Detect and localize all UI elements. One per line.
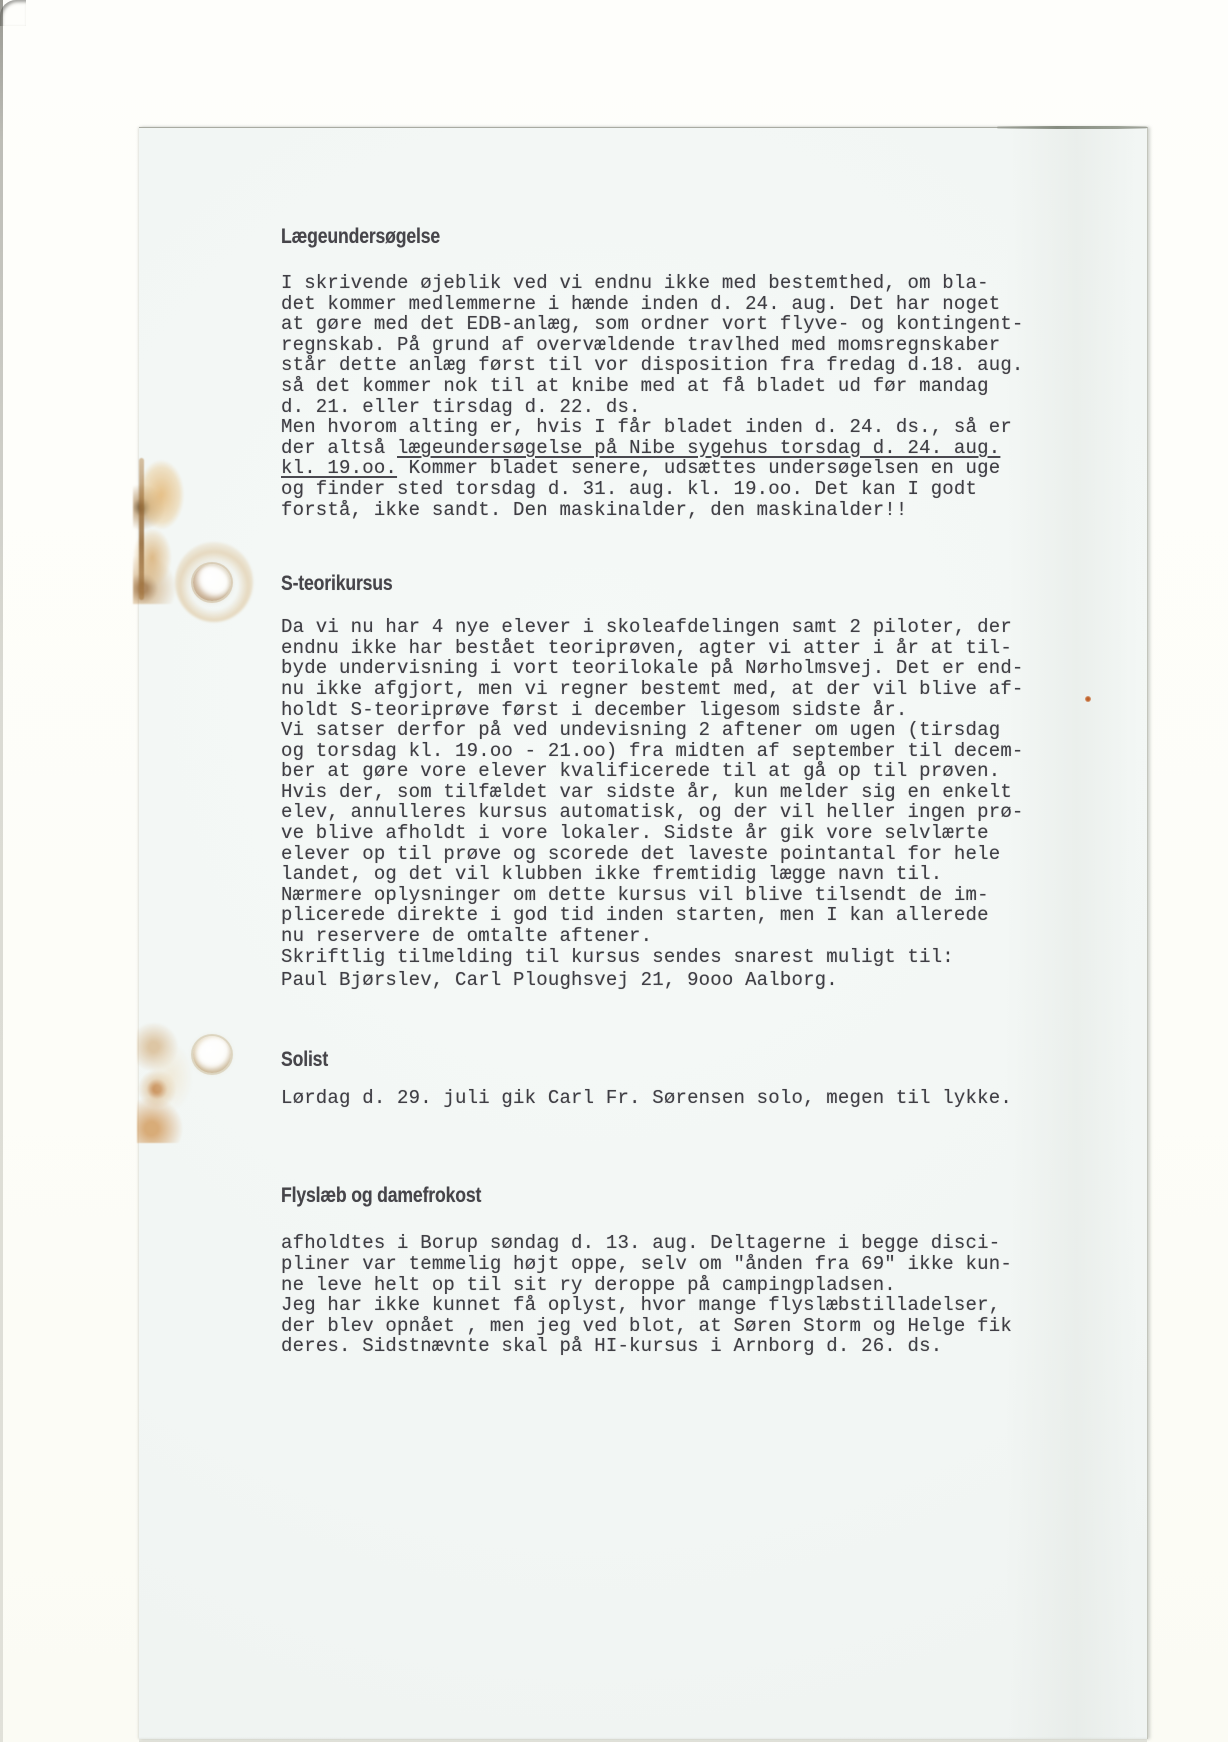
heading-s-teorikursus: S-teorikursus xyxy=(281,573,945,595)
paper-sheet: LægeundersøgelseI skrivende øjeblik ved … xyxy=(139,127,1148,1739)
text-line: Lørdag d. 29. juli gik Carl Fr. Sørensen… xyxy=(281,1088,1071,1109)
text-segment: elev, annulleres kursus automatisk, og d… xyxy=(281,801,1024,823)
text-line: deres. Sidstnævnte skal på HI-kursus i A… xyxy=(281,1336,1071,1357)
text-line: endnu ikke har bestået teoriprøven, agte… xyxy=(281,638,1071,659)
text-line: kl. 19.oo. Kommer bladet senere, udsætte… xyxy=(281,458,1071,479)
text-line: Men hvorom alting er, hvis I får bladet … xyxy=(281,417,1071,438)
text-line: så det kommer nok til at knibe med at få… xyxy=(281,376,1071,397)
rust-stain-small xyxy=(137,1023,193,1143)
text-line: elever op til prøve og scorede det laves… xyxy=(281,844,1071,865)
rust-stain-edge xyxy=(139,458,144,600)
text-segment: Da vi nu har 4 nye elever i skoleafdelin… xyxy=(281,616,1012,638)
text-segment: landet, og det vil klubben ikke fremtidi… xyxy=(281,863,942,885)
text-segment: Skriftlig tilmelding til kursus sendes s… xyxy=(281,946,954,968)
text-line: det kommer medlemmerne i hænde inden d. … xyxy=(281,294,1071,315)
text-segment: Paul Bjørslev, Carl Ploughsvej 21, 9ooo … xyxy=(281,969,838,991)
text-segment: ber at gøre vore elever kvalificerede ti… xyxy=(281,760,1000,782)
text-line: byde undervisning i vort teorilokale på … xyxy=(281,658,1071,679)
text-segment: ve blive afholdt i vore lokaler. Sidste … xyxy=(281,822,989,844)
text-segment: der blev opnået , men jeg ved blot, at S… xyxy=(281,1315,1012,1337)
text-segment: pliner var temmelig højt oppe, selv om "… xyxy=(281,1253,1012,1275)
text-line: Hvis der, som tilfældet var sidste år, k… xyxy=(281,782,1071,803)
text-line: der blev opnået , men jeg ved blot, at S… xyxy=(281,1316,1071,1337)
underlined-text: kl. 19.oo. xyxy=(281,457,397,479)
text-line: plicerede direkte i god tid inden starte… xyxy=(281,905,1071,926)
text-line: afholdtes i Borup søndag d. 13. aug. Del… xyxy=(281,1233,1071,1254)
text-segment: I skrivende øjeblik ved vi endnu ikke me… xyxy=(281,272,989,294)
text-segment: og torsdag kl. 19.oo - 21.oo) fra midten… xyxy=(281,740,1024,762)
text-segment: at gøre med det EDB-anlæg, som ordner vo… xyxy=(281,313,1024,335)
text-line: Paul Bjørslev, Carl Ploughsvej 21, 9ooo … xyxy=(281,970,1071,991)
text-segment: nu reservere de omtalte aftener. xyxy=(281,925,652,947)
text-segment: og finder sted torsdag d. 31. aug. kl. 1… xyxy=(281,478,977,500)
text-segment: Nærmere oplysninger om dette kursus vil … xyxy=(281,884,989,906)
text-segment: Men hvorom alting er, hvis I får bladet … xyxy=(281,416,1012,438)
orange-speck xyxy=(1085,696,1091,702)
text-segment: Lørdag d. 29. juli gik Carl Fr. Sørensen… xyxy=(281,1087,1012,1109)
text-line: ve blive afholdt i vore lokaler. Sidste … xyxy=(281,823,1071,844)
text-segment: afholdtes i Borup søndag d. 13. aug. Del… xyxy=(281,1232,1000,1254)
text-segment: forstå, ikke sandt. Den maskinalder, den… xyxy=(281,499,908,521)
heading-flyslaeb-og-damefrokost: Flyslæb og damefrokost xyxy=(281,1185,945,1207)
text-segment: deres. Sidstnævnte skal på HI-kursus i A… xyxy=(281,1335,942,1357)
text-segment: holdt S-teoriprøve først i december lige… xyxy=(281,699,908,721)
text-line: står dette anlæg først til vor dispositi… xyxy=(281,355,1071,376)
underlined-text: lægeundersøgelse på Nibe sygehus torsdag… xyxy=(397,437,1000,459)
text-segment: der altså xyxy=(281,437,397,459)
scanned-page: LægeundersøgelseI skrivende øjeblik ved … xyxy=(0,0,1228,1742)
text-line: forstå, ikke sandt. Den maskinalder, den… xyxy=(281,500,1071,521)
text-line: ber at gøre vore elever kvalificerede ti… xyxy=(281,761,1071,782)
paragraph: Paul Bjørslev, Carl Ploughsvej 21, 9ooo … xyxy=(281,970,1071,991)
text-line: ne leve helt op til sit ry deroppe på ca… xyxy=(281,1275,1071,1296)
section-laegeundersoegelse: LægeundersøgelseI skrivende øjeblik ved … xyxy=(281,226,1071,520)
heading-laegeundersoegelse: Lægeundersøgelse xyxy=(281,226,945,248)
text-line: der altså lægeundersøgelse på Nibe sygeh… xyxy=(281,438,1071,459)
scanner-edge-line xyxy=(0,0,3,1742)
section-solist: SolistLørdag d. 29. juli gik Carl Fr. Sø… xyxy=(281,1049,1071,1109)
text-line: elev, annulleres kursus automatisk, og d… xyxy=(281,802,1071,823)
text-line: I skrivende øjeblik ved vi endnu ikke me… xyxy=(281,273,1071,294)
punch-hole-top xyxy=(193,564,231,601)
text-segment: plicerede direkte i god tid inden starte… xyxy=(281,904,989,926)
text-segment: står dette anlæg først til vor dispositi… xyxy=(281,354,1024,376)
text-line: Vi satser derfor på ved undevisning 2 af… xyxy=(281,720,1071,741)
text-segment: nu ikke afgjort, men vi regner bestemt m… xyxy=(281,678,1024,700)
text-segment: Jeg har ikke kunnet få oplyst, hvor mang… xyxy=(281,1294,1000,1316)
text-segment: regnskab. På grund af overvældende travl… xyxy=(281,334,1000,356)
text-segment: Hvis der, som tilfældet var sidste år, k… xyxy=(281,781,1012,803)
text-line: holdt S-teoriprøve først i december lige… xyxy=(281,700,1071,721)
text-segment: elever op til prøve og scorede det laves… xyxy=(281,843,1000,865)
paragraph: Da vi nu har 4 nye elever i skoleafdelin… xyxy=(281,617,1071,967)
text-segment: ne leve helt op til sit ry deroppe på ca… xyxy=(281,1274,896,1296)
paragraph: afholdtes i Borup søndag d. 13. aug. Del… xyxy=(281,1233,1071,1357)
text-line: nu reservere de omtalte aftener. xyxy=(281,926,1071,947)
text-segment: endnu ikke har bestået teoriprøven, agte… xyxy=(281,637,1012,659)
heading-solist: Solist xyxy=(281,1049,945,1071)
text-line: d. 21. eller tirsdag d. 22. ds. xyxy=(281,397,1071,418)
document-content: LægeundersøgelseI skrivende øjeblik ved … xyxy=(281,226,1071,1357)
text-line: Nærmere oplysninger om dette kursus vil … xyxy=(281,885,1071,906)
text-segment: Kommer bladet senere, udsættes undersøge… xyxy=(397,457,1000,479)
text-segment: Vi satser derfor på ved undevisning 2 af… xyxy=(281,719,1000,741)
punch-hole-bottom xyxy=(193,1036,231,1073)
text-line: og torsdag kl. 19.oo - 21.oo) fra midten… xyxy=(281,741,1071,762)
text-segment: d. 21. eller tirsdag d. 22. ds. xyxy=(281,396,641,418)
text-line: Skriftlig tilmelding til kursus sendes s… xyxy=(281,947,1071,968)
text-line: regnskab. På grund af overvældende travl… xyxy=(281,335,1071,356)
paper-bottom-shadow xyxy=(139,1737,1147,1742)
section-flyslaeb-og-damefrokost: Flyslæb og damefrokostafholdtes i Borup … xyxy=(281,1185,1071,1357)
text-line: at gøre med det EDB-anlæg, som ordner vo… xyxy=(281,314,1071,335)
section-s-teorikursus: S-teorikursusDa vi nu har 4 nye elever i… xyxy=(281,573,1071,991)
torn-top-edge xyxy=(997,126,1147,129)
text-line: nu ikke afgjort, men vi regner bestemt m… xyxy=(281,679,1071,700)
scanner-corner-shadow xyxy=(0,0,26,26)
paragraph: Lørdag d. 29. juli gik Carl Fr. Sørensen… xyxy=(281,1088,1071,1109)
text-segment: det kommer medlemmerne i hænde inden d. … xyxy=(281,293,1000,315)
text-line: Da vi nu har 4 nye elever i skoleafdelin… xyxy=(281,617,1071,638)
text-line: pliner var temmelig højt oppe, selv om "… xyxy=(281,1254,1071,1275)
text-segment: så det kommer nok til at knibe med at få… xyxy=(281,375,989,397)
text-line: og finder sted torsdag d. 31. aug. kl. 1… xyxy=(281,479,1071,500)
text-line: landet, og det vil klubben ikke fremtidi… xyxy=(281,864,1071,885)
text-line: Jeg har ikke kunnet få oplyst, hvor mang… xyxy=(281,1295,1071,1316)
text-segment: byde undervisning i vort teorilokale på … xyxy=(281,657,1024,679)
paragraph: I skrivende øjeblik ved vi endnu ikke me… xyxy=(281,273,1071,520)
